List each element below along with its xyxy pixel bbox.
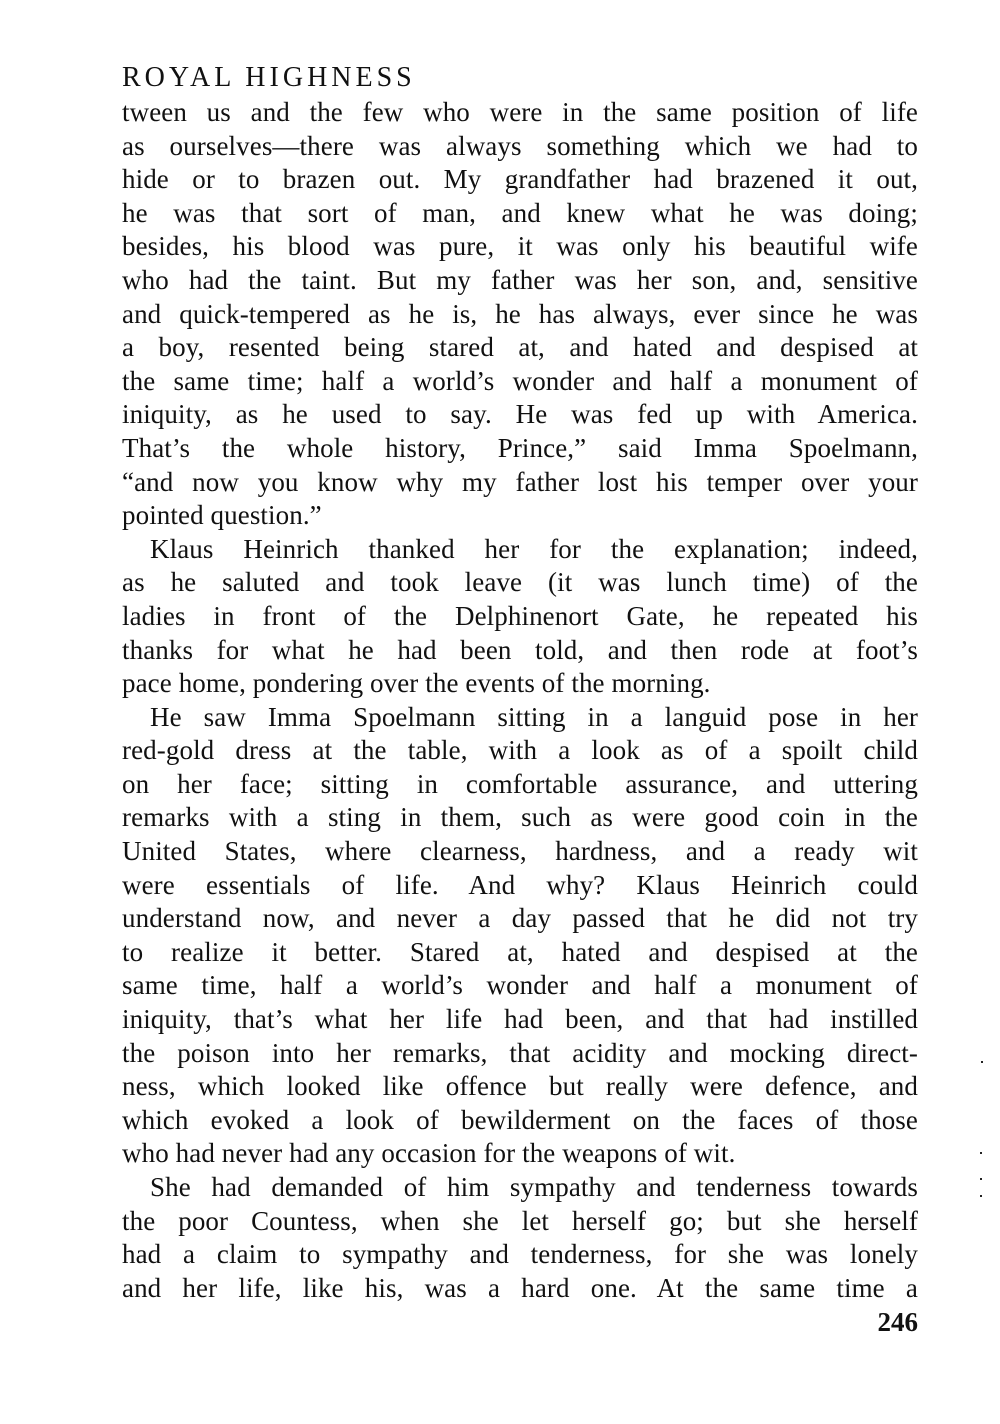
- scan-speck: [980, 1152, 982, 1154]
- text-line: he was that sort of man, and knew what h…: [122, 197, 918, 231]
- text-line: pointed question.”: [122, 499, 918, 533]
- scan-speck: [980, 1178, 982, 1180]
- text-line: She had demanded of him sympathy and ten…: [122, 1171, 918, 1205]
- paragraph: He saw Imma Spoelmann sitting in a langu…: [122, 701, 918, 1171]
- text-line: as he saluted and took leave (it was lun…: [122, 566, 918, 600]
- text-line: were essentials of life. And why? Klaus …: [122, 869, 918, 903]
- text-line: the same time; half a world’s wonder and…: [122, 365, 918, 399]
- running-head: ROYAL HIGHNESS: [122, 60, 918, 96]
- text-line: had a claim to sympathy and tenderness, …: [122, 1238, 918, 1272]
- text-line: thanks for what he had been told, and th…: [122, 634, 918, 668]
- text-line: on her face; sitting in comfortable assu…: [122, 768, 918, 802]
- text-line: red-gold dress at the table, with a look…: [122, 734, 918, 768]
- text-line: United States, where clearness, hardness…: [122, 835, 918, 869]
- body-text: tween us and the few who were in the sam…: [122, 96, 918, 1305]
- text-line: who had never had any occasion for the w…: [122, 1137, 918, 1171]
- text-line: hide or to brazen out. My grandfather ha…: [122, 163, 918, 197]
- text-line: who had the taint. But my father was her…: [122, 264, 918, 298]
- text-line: understand now, and never a day passed t…: [122, 902, 918, 936]
- scan-speck: [980, 1195, 982, 1197]
- paragraph: tween us and the few who were in the sam…: [122, 96, 918, 533]
- text-line: as ourselves—there was always something …: [122, 130, 918, 164]
- text-line: Klaus Heinrich thanked her for the expla…: [122, 533, 918, 567]
- text-line: remarks with a sting in them, such as we…: [122, 801, 918, 835]
- text-line: the poor Countess, when she let herself …: [122, 1205, 918, 1239]
- paragraph: She had demanded of him sympathy and ten…: [122, 1171, 918, 1305]
- text-line: ness, which looked like offence but real…: [122, 1070, 918, 1104]
- text-line: ladies in front of the Delphinenort Gate…: [122, 600, 918, 634]
- text-line: iniquity, that’s what her life had been,…: [122, 1003, 918, 1037]
- text-line: same time, half a world’s wonder and hal…: [122, 969, 918, 1003]
- text-line: to realize it better. Stared at, hated a…: [122, 936, 918, 970]
- scan-speck: [981, 1061, 983, 1063]
- text-line: He saw Imma Spoelmann sitting in a langu…: [122, 701, 918, 735]
- page-number: 246: [122, 1305, 918, 1339]
- text-line: That’s the whole history, Prince,” said …: [122, 432, 918, 466]
- book-page: ROYAL HIGHNESS tween us and the few who …: [122, 60, 918, 1339]
- text-line: a boy, resented being stared at, and hat…: [122, 331, 918, 365]
- text-line: besides, his blood was pure, it was only…: [122, 230, 918, 264]
- text-line: and quick-tempered as he is, he has alwa…: [122, 298, 918, 332]
- text-line: the poison into her remarks, that acidit…: [122, 1037, 918, 1071]
- paragraph: Klaus Heinrich thanked her for the expla…: [122, 533, 918, 701]
- text-line: iniquity, as he used to say. He was fed …: [122, 398, 918, 432]
- text-line: and her life, like his, was a hard one. …: [122, 1272, 918, 1306]
- text-line: pace home, pondering over the events of …: [122, 667, 918, 701]
- text-line: tween us and the few who were in the sam…: [122, 96, 918, 130]
- text-line: which evoked a look of bewilderment on t…: [122, 1104, 918, 1138]
- text-line: “and now you know why my father lost his…: [122, 466, 918, 500]
